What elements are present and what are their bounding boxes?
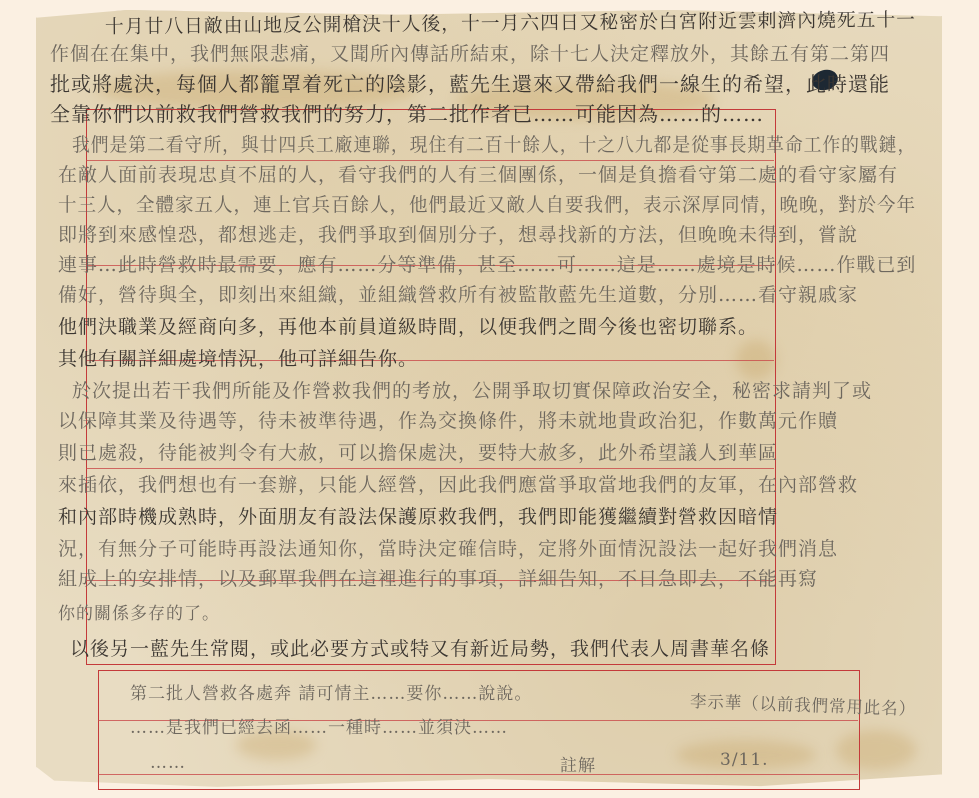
lower-note: 註解 — [560, 758, 596, 775]
text-line: …… — [150, 755, 186, 772]
text-line: 即將到來感惶恐，都想逃走，我們爭取到個別分子，想尋找新的方法，但晚晚未得到，嘗說 — [58, 226, 858, 245]
text-line: 來插依，我們想也有一套辦，只能人經營，因此我們應當爭取當地我們的友軍，在內部營救 — [58, 476, 858, 495]
text-line: 全靠你們以前救我們營救我們的努力，第二批作者已……可能因為……的…… — [50, 104, 764, 124]
date-mark: 3/11. — [720, 752, 769, 769]
text-line: 其他有關詳細處境情況，他可詳細告你。 — [58, 350, 418, 369]
text-line: 備好，營待與全，即刻出來組織，並組織營救所有被監散藍先生道數，分別……看守親戚家 — [58, 286, 858, 305]
text-line: 在敵人面前表現忠貞不屈的人，看守我們的人有三個團係，一個是負擔看守第二處的看守家… — [58, 166, 898, 185]
text-line: 以保障其業及待遇等，待未被準待遇，作為交換條件，將未就地貴政治犯，作數萬元作贖 — [58, 412, 838, 431]
text-line: 第二批人營救各處奔 請可情主……要你……說說。 — [130, 686, 532, 703]
text-line: 況，有無分子可能時再設法通知你，當時決定確信時，定將外面情況設法一起好我們消息 — [58, 540, 838, 559]
text-line: 和內部時機成熟時，外面朋友有設法保護原救我們，我們即能獲繼續對營救因暗情 — [58, 508, 778, 527]
text-line: 則已處殺，待能被判令有大赦，可以擔保處決，要特大赦多，此外希望議人到華區 — [58, 444, 778, 463]
text-line: 十三人，全體家五人，連上官兵百餘人，他們最近又敵人自要我們，表示深厚同情，晚晚，… — [58, 196, 916, 215]
text-line: 以後另一藍先生常閱，或此必要方式或特又有新近局勢，我們代表人周書華名條 — [70, 640, 770, 659]
text-line: ……是我們已經去函……一種時……並須決…… — [130, 720, 508, 737]
text-line: 我們是第二看守所，與廿四兵工廠連聯，現住有二百十餘人，十之八九都是從事長期革命工… — [72, 136, 916, 155]
text-line: 他們決職業及經商向多，再他本前員道級時間，以便我們之間今後也密切聯系。 — [58, 318, 758, 337]
text-line: 你的關係多存的了。 — [58, 606, 220, 623]
text-line: 於次提出若干我們所能及作營救我們的考放，公開爭取切實保障政治安全，秘密求請判了或 — [72, 382, 872, 401]
text-line: 連事…此時營救時最需要，應有……分等準備，甚至……可……這是……處境是時候……作… — [58, 256, 916, 275]
text-line: 批或將處決，每個人都籠罩着死亡的陰影，藍先生還來又帶給我們一線生的希望，此時還能 — [50, 74, 890, 94]
text-line: 組成上的安排情，以及郵單我們在這裡進行的事項，詳細告知，不日急即去，不能再寫 — [58, 570, 818, 589]
text-line: 作個在在集中，我們無限悲痛，又聞所內傳話所結束，除十七人決定釋放外，其餘五有第二… — [50, 45, 890, 64]
